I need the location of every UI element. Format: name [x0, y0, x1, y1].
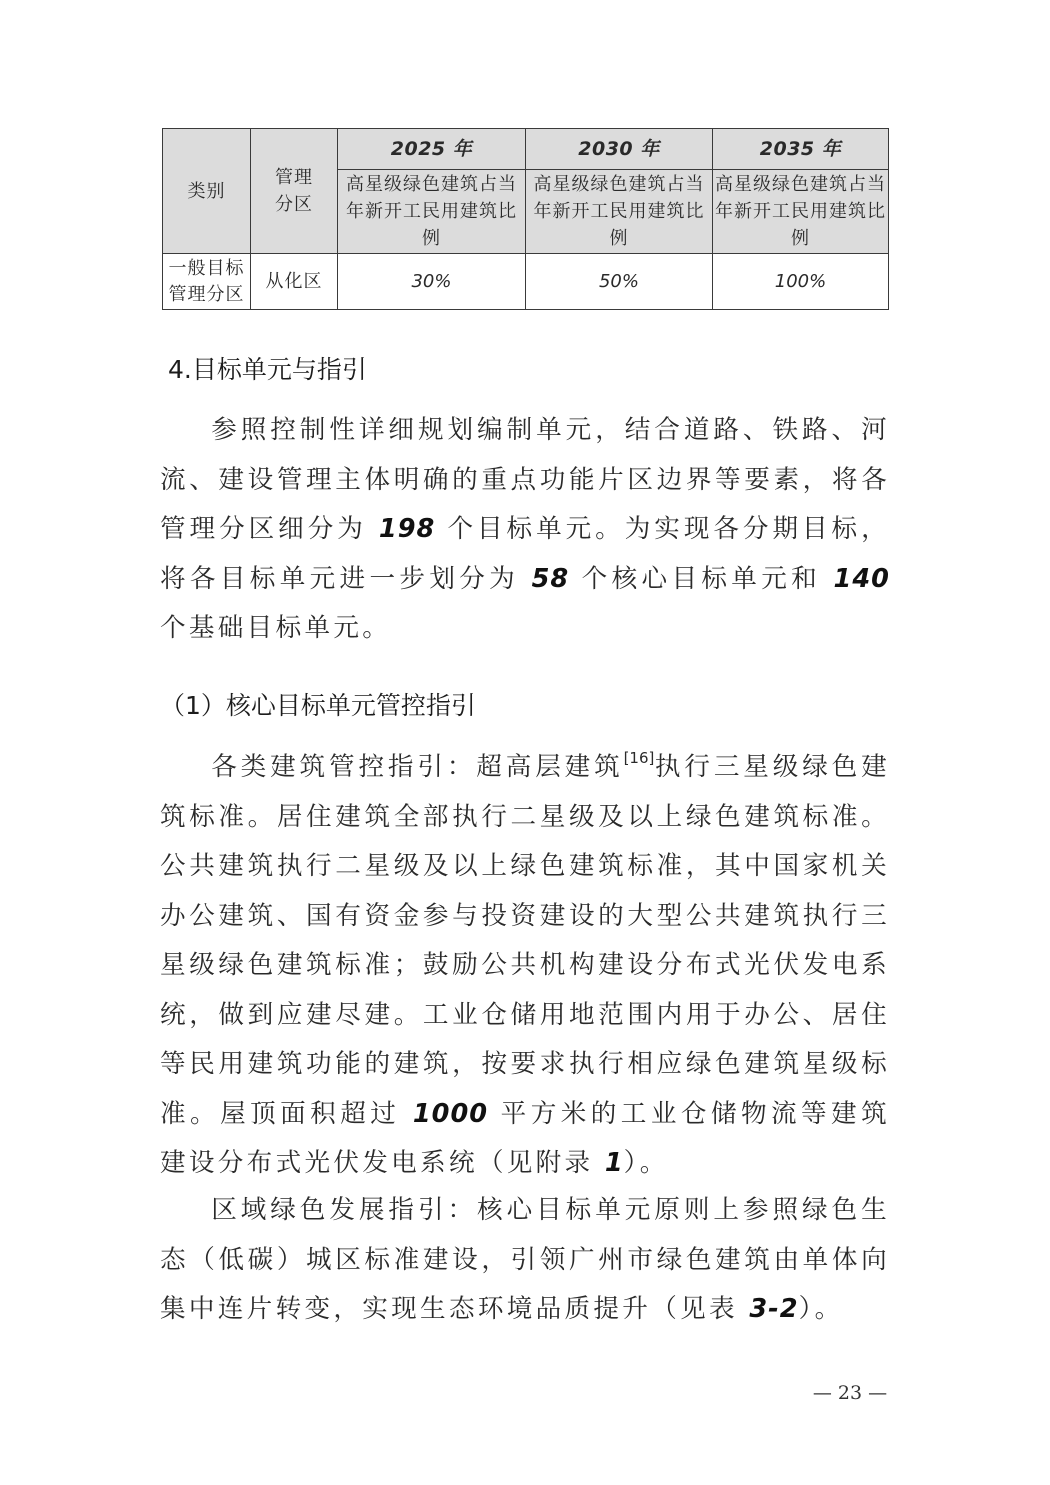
table-row: 一般目标管理分区 从化区 30% 50% 100% — [163, 254, 889, 310]
green-building-target-table: 类别 管理分区 2025 年 2030 年 2035 年 高星级绿色建筑占当年新… — [162, 128, 889, 310]
cell-value-2030: 50% — [526, 254, 713, 310]
subsection-heading: （1）核心目标单元管控指引 — [160, 686, 476, 722]
header-year-2030: 2030 年 — [526, 129, 713, 170]
cell-value-2025: 30% — [338, 254, 526, 310]
target-unit-count: 198 — [379, 514, 435, 544]
roof-area-value: 1000 — [413, 1099, 488, 1129]
text: 各类建筑管控指引：超高层建筑 — [211, 752, 623, 782]
core-unit-count: 58 — [532, 564, 570, 594]
text: 执行三星级绿色建筑标准。居住建筑全部执行二星级及以上绿色建筑标准。公共建筑执行二… — [160, 752, 890, 1129]
footnote-reference[interactable]: [16] — [624, 749, 655, 767]
text: 个基础目标单元。 — [160, 613, 391, 643]
header-management-zone: 管理分区 — [251, 129, 338, 254]
section-paragraph: 参照控制性详细规划编制单元，结合道路、铁路、河流、建设管理主体明确的重点功能片区… — [160, 406, 890, 654]
cell-category: 一般目标管理分区 — [163, 254, 251, 310]
header-year-2035: 2035 年 — [713, 129, 889, 170]
page-number: — 23 — — [800, 1382, 900, 1404]
text: 个核心目标单元和 — [569, 564, 833, 594]
header-metric-2035: 高星级绿色建筑占当年新开工民用建筑比例 — [713, 170, 889, 254]
header-metric-2025: 高星级绿色建筑占当年新开工民用建筑比例 — [338, 170, 526, 254]
regional-guidance-paragraph: 区域绿色发展指引：核心目标单元原则上参照绿色生态（低碳）城区标准建设，引领广州市… — [160, 1186, 890, 1335]
header-management-zone-text: 管理分区 — [271, 164, 317, 218]
appendix-number: 1 — [605, 1148, 624, 1178]
text: ）。 — [624, 1148, 669, 1178]
basic-unit-count: 140 — [834, 564, 890, 594]
building-guidance-paragraph: 各类建筑管控指引：超高层建筑[16]执行三星级绿色建筑标准。居住建筑全部执行二星… — [160, 743, 890, 1189]
header-year-2025: 2025 年 — [338, 129, 526, 170]
text: ）。 — [799, 1294, 844, 1324]
header-category: 类别 — [163, 129, 251, 254]
table-reference: 3-2 — [749, 1294, 798, 1324]
section-heading: 4.目标单元与指引 — [168, 350, 367, 386]
cell-zone: 从化区 — [251, 254, 338, 310]
cell-value-2035: 100% — [713, 254, 889, 310]
header-metric-2030: 高星级绿色建筑占当年新开工民用建筑比例 — [526, 170, 713, 254]
